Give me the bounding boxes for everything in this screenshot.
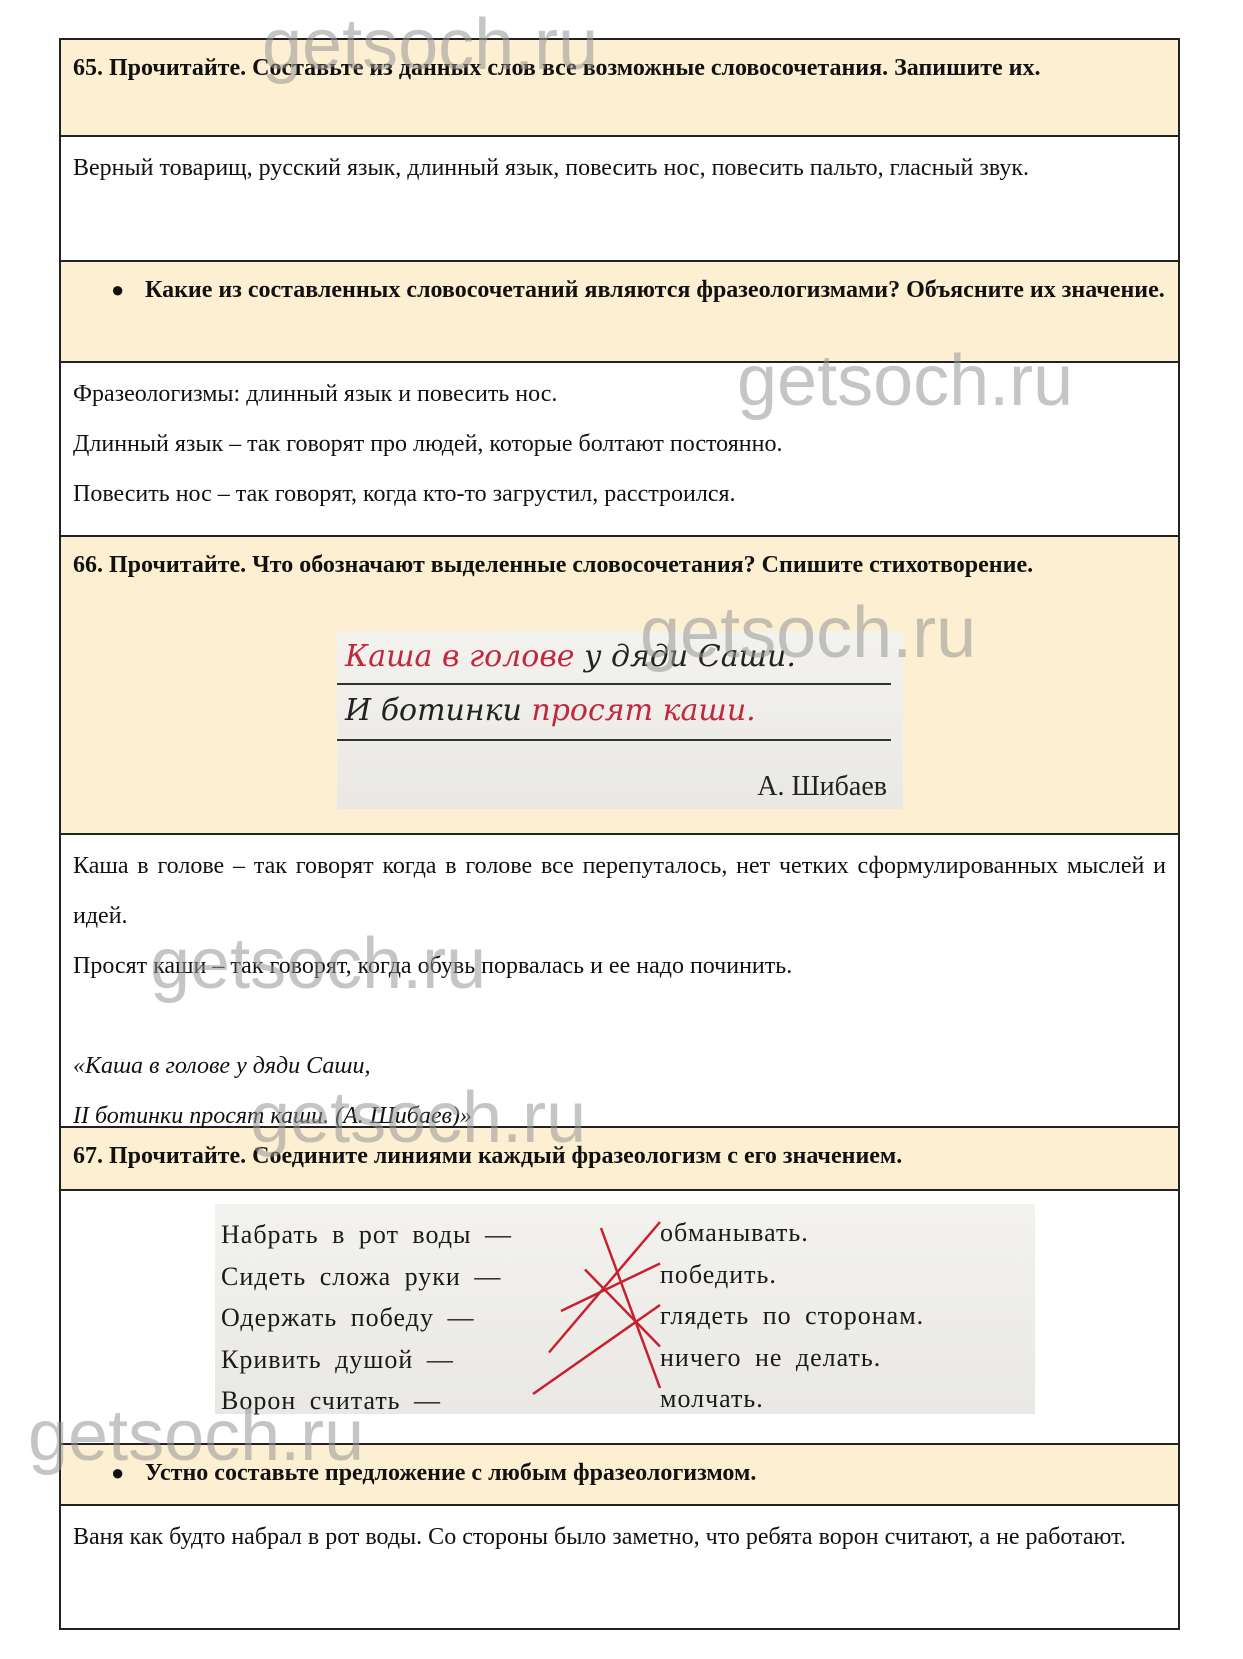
question-text: 67. Прочитайте. Соедините линиями каждый… (61, 1128, 1178, 1183)
poem-line-1: Каша в голове у дяди Саши. (345, 639, 796, 674)
matching-image: Набрать в рот воды —Сидеть сложа руки —О… (215, 1204, 1035, 1414)
exercise-65-question: 65. Прочитайте. Составьте из данных слов… (59, 38, 1180, 137)
answer-line: Длинный язык – так говорят про людей, ко… (73, 419, 1166, 469)
exercise-67-matching: Набрать в рот воды —Сидеть сложа руки —О… (59, 1191, 1180, 1445)
exercise-65-followup-answer: Фразеологизмы: длинный язык и повесить н… (59, 363, 1180, 537)
exercise-67-followup-question: ● Устно составьте предложение с любым фр… (59, 1445, 1180, 1506)
exercise-66-answer: Каша в голове – так говорят когда в голо… (59, 835, 1180, 1128)
poem-line-2: И ботинки просят каши. (345, 693, 756, 728)
poem-author: А. Шибаев (757, 771, 887, 803)
matching-lines (215, 1204, 1035, 1414)
exercise-67-question: 67. Прочитайте. Соедините линиями каждый… (59, 1128, 1180, 1191)
answer-text: Ваня как будто набрал в рот воды. Со сто… (61, 1506, 1178, 1568)
answer-line: Просят каши – так говорят, когда обувь п… (73, 941, 1166, 991)
exercise-67-followup-answer: Ваня как будто набрал в рот воды. Со сто… (59, 1506, 1180, 1630)
answer-line: Фразеологизмы: длинный язык и повесить н… (73, 369, 1166, 419)
poem-line: «Каша в голове у дяди Саши, (73, 1041, 1166, 1091)
question-text: 66. Прочитайте. Что обозначают выделенны… (61, 537, 1178, 592)
poem-image: Каша в голове у дяди Саши. И ботинки про… (337, 631, 903, 809)
exercise-66-question: 66. Прочитайте. Что обозначают выделенны… (59, 537, 1180, 835)
bullet-icon: ● (111, 271, 145, 309)
answer-line: Каша в голове – так говорят когда в голо… (73, 841, 1166, 941)
answer-text: Верный товарищ, русский язык, длинный яз… (61, 137, 1178, 199)
exercise-65-answer: Верный товарищ, русский язык, длинный яз… (59, 137, 1180, 262)
answer-line: Повесить нос – так говорят, когда кто-то… (73, 469, 1166, 519)
question-text: 65. Прочитайте. Составьте из данных слов… (61, 40, 1178, 95)
bullet-icon: ● (111, 1454, 145, 1492)
followup-question-text: Устно составьте предложение с любым фраз… (145, 1454, 1166, 1492)
followup-question-text: Какие из составленных словосочетаний явл… (145, 271, 1166, 309)
exercise-table: 65. Прочитайте. Составьте из данных слов… (59, 38, 1180, 1630)
exercise-65-followup-question: ● Какие из составленных словосочетаний я… (59, 262, 1180, 363)
